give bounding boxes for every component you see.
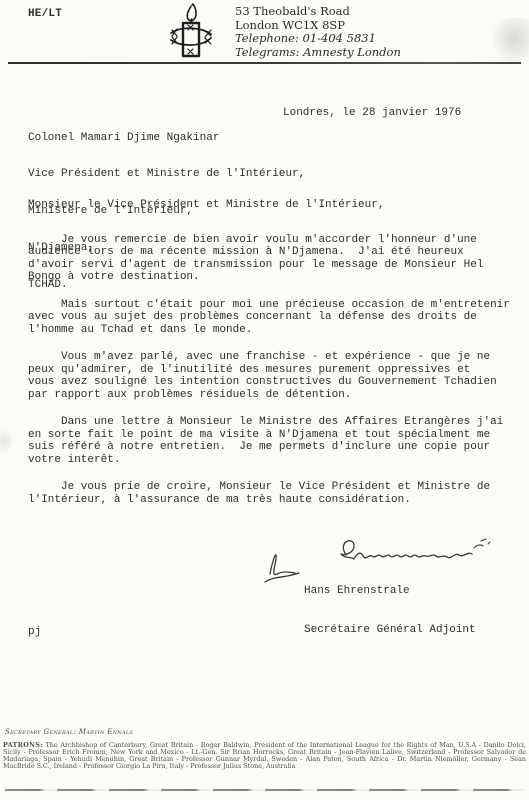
- footer-divider: [5, 789, 524, 791]
- patrons-text: The Archbishop of Canterbury, Great Brit…: [3, 741, 526, 770]
- reference-code: HE/LT: [28, 8, 62, 20]
- enclosure-note: pj: [28, 626, 41, 638]
- patrons-block: PATRONS: The Archbishop of Canterbury, G…: [3, 742, 526, 770]
- recipient-name: Colonel Mamari Djime Ngakinar: [28, 132, 305, 144]
- amnesty-candle-icon: [168, 2, 214, 60]
- letterhead-telegrams: Telegrams: Amnesty London: [235, 46, 401, 60]
- paragraph-4: Dans une lettre à Monsieur le Ministre d…: [28, 416, 522, 466]
- letterhead-telephone: Telephone: 01-404 5831: [235, 32, 401, 46]
- secretary-general-line: Secretary General: Martin Ennals: [5, 728, 133, 736]
- letterhead-address: 53 Theobald's Road London WC1X 8SP Telep…: [235, 5, 401, 59]
- scanned-letter-page: HE/LT 53 Theobald's Road London WC1X 8SP…: [0, 0, 529, 800]
- paragraph-1: Je vous remercie de bien avoir voulu m'a…: [28, 234, 522, 284]
- scan-artifact: [0, 428, 14, 454]
- signature-block: Hans Ehrenstrale Secrétaire Général Adjo…: [304, 559, 476, 663]
- letter-date: Londres, le 28 janvier 1976: [283, 107, 461, 119]
- paragraph-3: Vous m'avez parlé, avec une franchise - …: [28, 351, 522, 401]
- signer-title: Secrétaire Général Adjoint: [304, 624, 476, 637]
- scan-artifact: [492, 18, 529, 64]
- signer-name: Hans Ehrenstrale: [304, 585, 476, 598]
- letter-body: Monsieur le Vice Président et Ministre d…: [28, 199, 522, 521]
- header-divider: [8, 62, 521, 64]
- paragraph-5: Je vous prie de croire, Monsieur le Vice…: [28, 481, 522, 506]
- letterhead-city: London WC1X 8SP: [235, 19, 401, 33]
- recipient-title: Vice Président et Ministre de l'Intérieu…: [28, 168, 305, 180]
- letterhead-street: 53 Theobald's Road: [235, 5, 401, 19]
- paragraph-2: Mais surtout c'était pour moi une précie…: [28, 299, 522, 337]
- salutation: Monsieur le Vice Président et Ministre d…: [28, 199, 522, 212]
